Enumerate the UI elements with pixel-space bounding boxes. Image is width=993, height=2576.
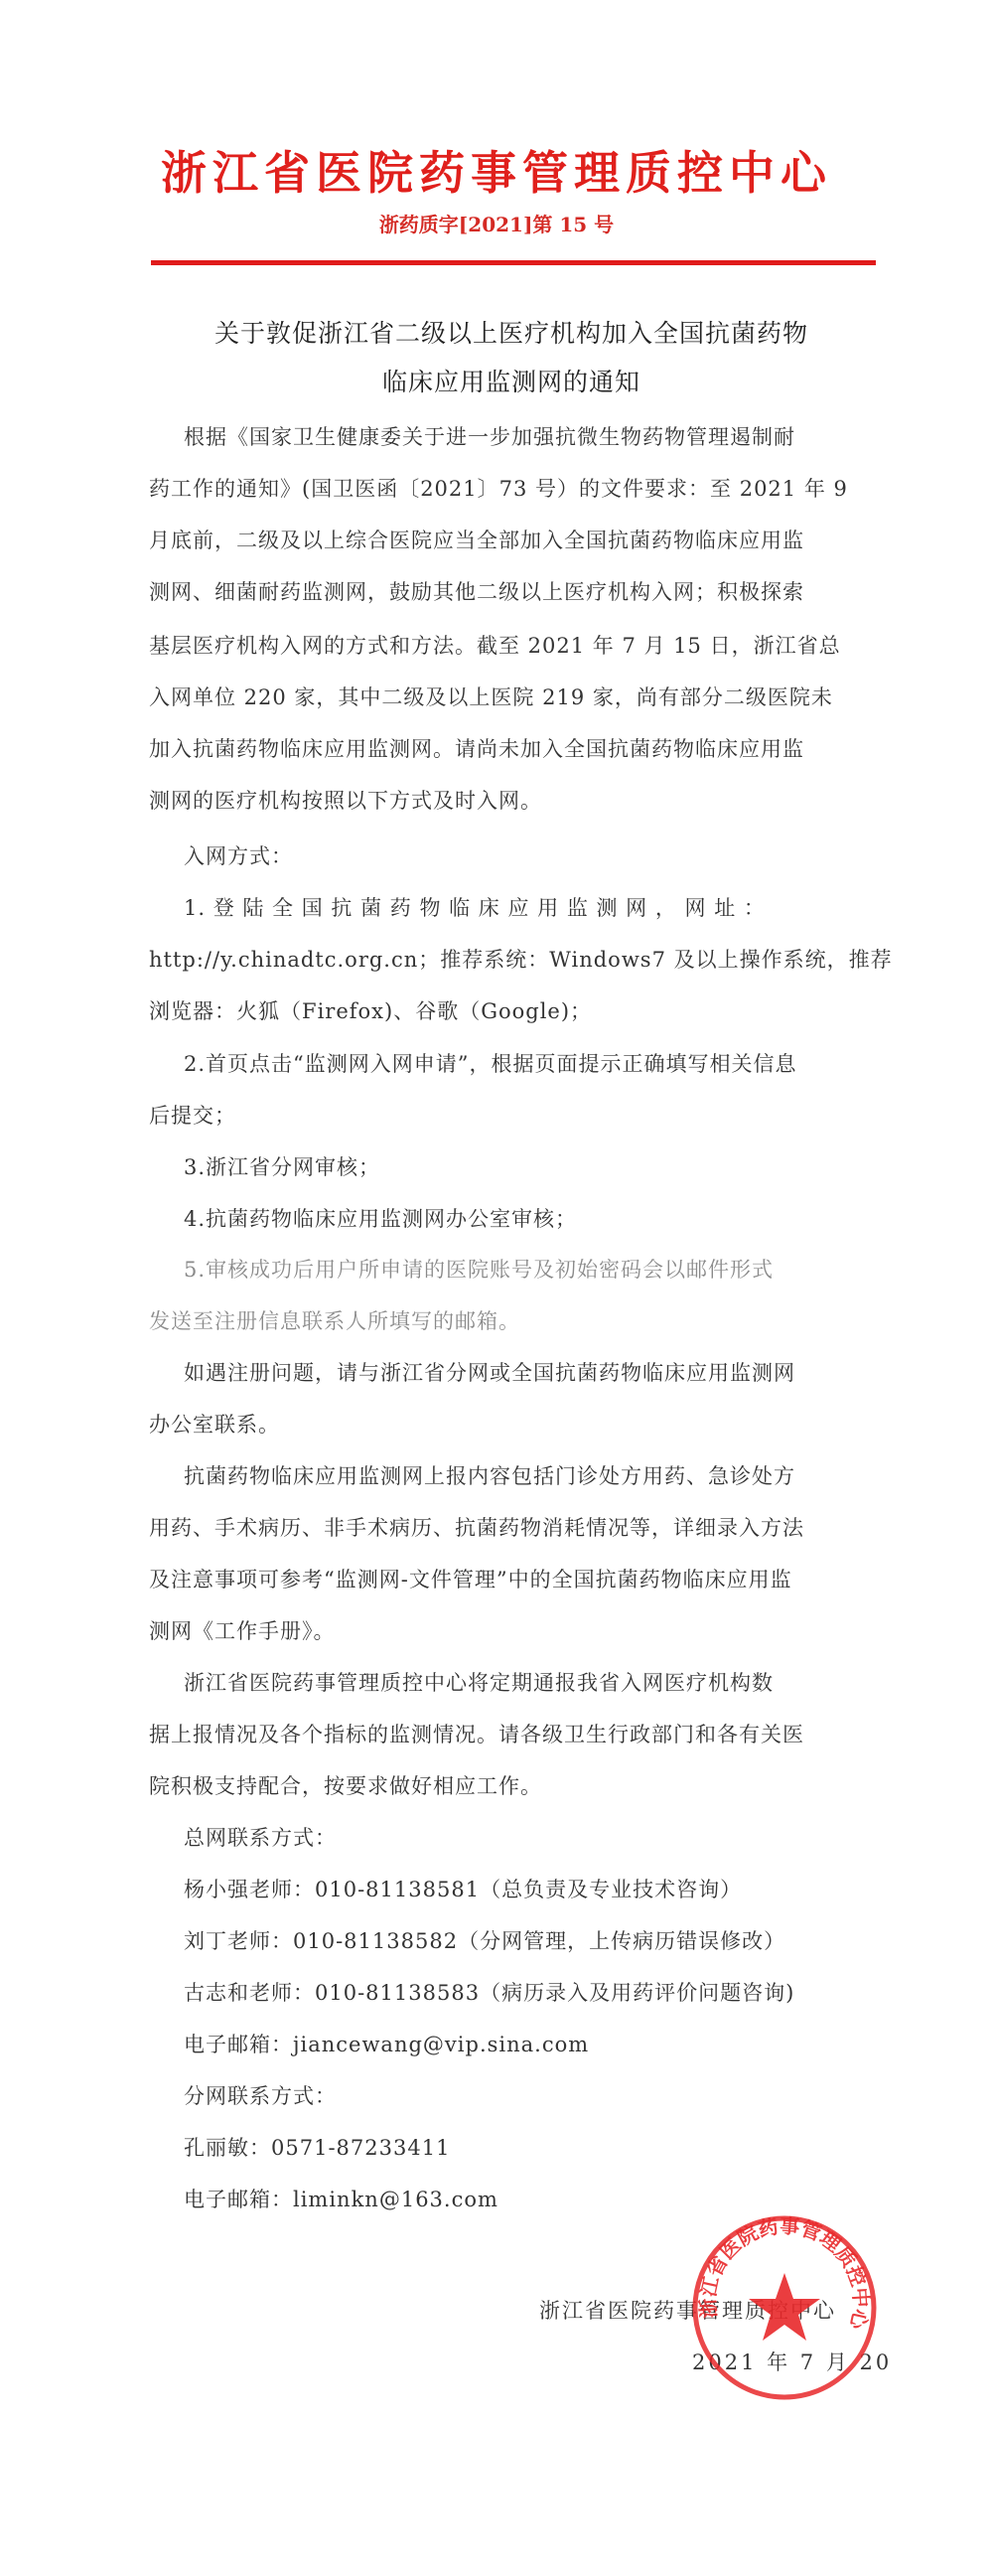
body-line: 根据《国家卫生健康委关于进一步加强抗微生物药物管理遏制耐	[184, 421, 899, 451]
step-3-line: 3.浙江省分网审核；	[184, 1151, 899, 1181]
step-5-line-cont: 发送至注册信息联系人所填写的邮箱。	[149, 1305, 864, 1335]
section-heading-access-method: 入网方式：	[184, 840, 899, 870]
notice-title-line-1: 关于敦促浙江省二级以上医疗机构加入全国抗菌药物	[149, 314, 874, 350]
body-line: 加入抗菌药物临床应用监测网。请尚未加入全国抗菌药物临床应用监	[149, 733, 864, 763]
body-line: 及注意事项可参考“监测网-文件管理”中的全国抗菌药物临床应用监	[149, 1564, 864, 1593]
body-line: 测网的医疗机构按照以下方式及时入网。	[149, 785, 864, 815]
body-line: 浙江省医院药事管理质控中心将定期通报我省入网医疗机构数	[184, 1667, 899, 1697]
issuing-organization-header: 浙江省医院药事管理质控中心	[0, 137, 993, 203]
national-contact-yang: 杨小强老师：010-81138581（总负责及专业技术咨询）	[184, 1874, 899, 1903]
document-page: 浙江省医院药事管理质控中心 浙药质字[2021]第 15 号 关于敦促浙江省二级…	[0, 0, 993, 2576]
national-contact-email: 电子邮箱：jiancewang@vip.sina.com	[184, 2029, 899, 2058]
body-line: 月底前，二级及以上综合医院应当全部加入全国抗菌药物临床应用监	[149, 525, 864, 554]
body-line: 院积极支持配合，按要求做好相应工作。	[149, 1770, 864, 1800]
national-contact-heading: 总网联系方式：	[184, 1822, 899, 1852]
notice-title-line-2: 临床应用监测网的通知	[149, 363, 874, 398]
body-line: 抗菌药物临床应用监测网上报内容包括门诊处方用药、急诊处方	[184, 1460, 899, 1490]
body-line: 如遇注册问题，请与浙江省分网或全国抗菌药物临床应用监测网	[184, 1357, 899, 1387]
body-line: 据上报情况及各个指标的监测情况。请各级卫生行政部门和各有关医	[149, 1719, 864, 1748]
step-1-line: 1. 登 陆 全 国 抗 菌 药 物 临 床 应 用 监 测 网 ， 网 址 ：	[184, 892, 899, 922]
provincial-contact-email: 电子邮箱：liminkn@163.com	[184, 2184, 899, 2213]
official-seal-icon: 浙江省医院药事管理质控中心	[690, 2213, 879, 2402]
document-number: 浙药质字[2021]第 15 号	[0, 209, 993, 237]
step-4-line: 4.抗菌药物临床应用监测网办公室审核；	[184, 1203, 899, 1233]
body-line: 入网单位 220 家，其中二级及以上医院 219 家，尚有部分二级医院未	[149, 682, 864, 711]
step-5-line: 5.审核成功后用户所申请的医院账号及初始密码会以邮件形式	[184, 1254, 899, 1284]
step-1-url-line: http://y.chinadtc.org.cn；推荐系统：Windows7 及…	[149, 944, 864, 974]
body-line: 测网、细菌耐药监测网，鼓励其他二级以上医疗机构入网；积极探索	[149, 576, 864, 606]
body-line: 测网《工作手册》。	[149, 1615, 864, 1645]
body-line: 用药、手术病历、非手术病历、抗菌药物消耗情况等，详细录入方法	[149, 1512, 864, 1542]
national-contact-liu: 刘丁老师：010-81138582（分网管理，上传病历错误修改）	[184, 1925, 899, 1955]
step-2-line-cont: 后提交；	[149, 1100, 864, 1130]
body-line: 基层医疗机构入网的方式和方法。截至 2021 年 7 月 15 日，浙江省总	[149, 630, 864, 660]
red-header-rule	[151, 260, 876, 265]
body-line: 办公室联系。	[149, 1409, 864, 1439]
provincial-contact-heading: 分网联系方式：	[184, 2080, 899, 2110]
step-2-line: 2.首页点击“监测网入网申请”，根据页面提示正确填写相关信息	[184, 1048, 899, 1078]
national-contact-gu: 古志和老师：010-81138583（病历录入及用药评价问题咨询)	[184, 1977, 899, 2007]
provincial-contact-kong: 孔丽敏：0571-87233411	[184, 2132, 899, 2162]
body-line: 药工作的通知》(国卫医函〔2021〕73 号）的文件要求：至 2021 年 9	[149, 473, 864, 503]
step-1-browser-line: 浏览器：火狐（Firefox)、谷歌（Google)；	[149, 995, 864, 1025]
